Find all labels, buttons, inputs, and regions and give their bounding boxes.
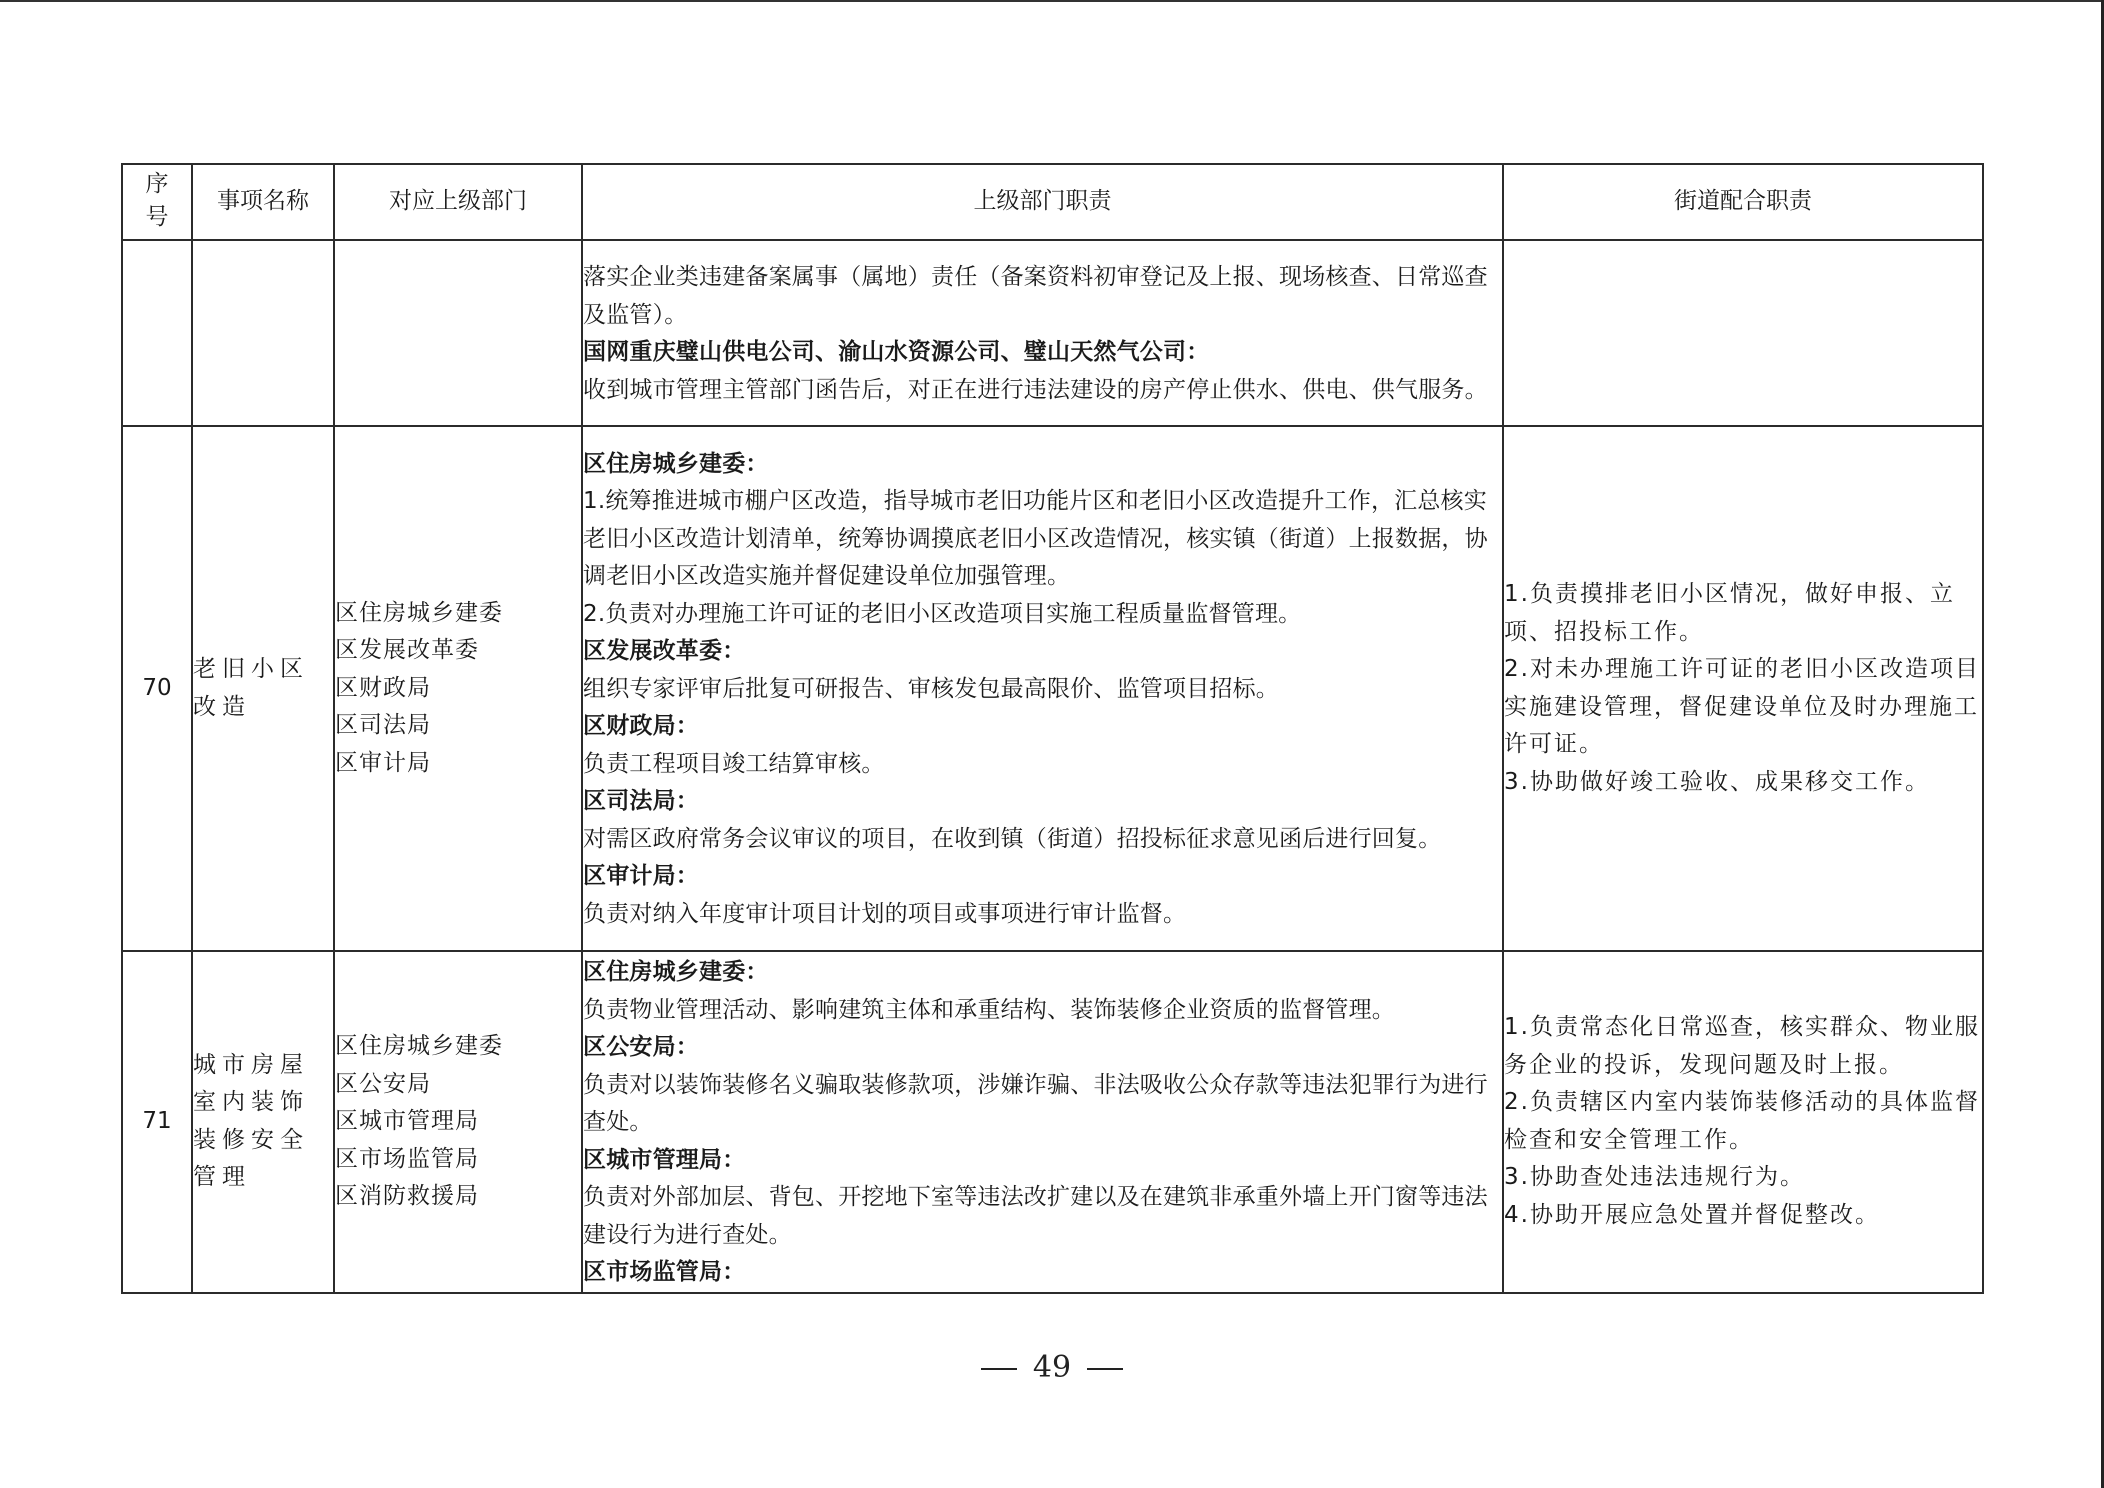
- dept-item: 区司法局: [335, 707, 581, 745]
- item-name-line: 城市房屋: [193, 1047, 333, 1085]
- item-name-line: 老旧小区: [193, 651, 333, 689]
- duty-text: 负责物业管理活动、影响建筑主体和承重结构、装饰装修企业资质的监督管理。: [583, 992, 1502, 1030]
- duty-text: 组织专家评审后批复可研报告、审核发包最高限价、监管项目招标。: [583, 671, 1502, 709]
- dept-item: 区市场监管局: [335, 1141, 581, 1179]
- duty-heading: 区公安局：: [583, 1029, 1502, 1067]
- row-duty-cell: 区住房城乡建委： 1.统筹推进城市棚户区改造，指导城市老旧功能片区和老旧小区改造…: [582, 426, 1503, 951]
- duty-text: 负责对外部加层、背包、开挖地下室等违法改扩建以及在建筑非承重外墙上开门窗等违法建…: [583, 1179, 1502, 1254]
- item-name-line: 装修安全: [193, 1122, 333, 1160]
- row-no: 70: [122, 426, 192, 951]
- row-duty-cell: 区住房城乡建委： 负责物业管理活动、影响建筑主体和承重结构、装饰装修企业资质的监…: [582, 951, 1503, 1293]
- duty-text: 落实企业类违建备案属事（属地）责任（备案资料初审登记及上报、现场核查、日常巡查及…: [583, 259, 1502, 334]
- duty-text: 1.统筹推进城市棚户区改造，指导城市老旧功能片区和老旧小区改造提升工作，汇总核实…: [583, 483, 1502, 596]
- table-row: 70 老旧小区 改造 区住房城乡建委 区发展改革委 区财政局 区司法局 区审计局…: [122, 426, 1983, 951]
- dept-item: 区发展改革委: [335, 632, 581, 670]
- duty-heading: 区发展改革委：: [583, 633, 1502, 671]
- street-duty-item: 2.对未办理施工许可证的老旧小区改造项目实施建设管理，督促建设单位及时办理施工许…: [1504, 651, 1982, 764]
- duty-heading: 区城市管理局：: [583, 1142, 1502, 1180]
- duty-heading: 区市场监管局：: [583, 1254, 1502, 1292]
- row-no: [122, 240, 192, 426]
- page-number-value: 49: [1033, 1350, 1071, 1385]
- row-no: 71: [122, 951, 192, 1293]
- table-row: 落实企业类违建备案属事（属地）责任（备案资料初审登记及上报、现场核查、日常巡查及…: [122, 240, 1983, 426]
- duty-text: 收到城市管理主管部门函告后，对正在进行违法建设的房产停止供水、供电、供气服务。: [583, 372, 1502, 410]
- street-duty-item: 4.协助开展应急处置并督促整改。: [1504, 1197, 1982, 1235]
- duty-heading: 区审计局：: [583, 858, 1502, 896]
- street-duty-item: 3.协助查处违法违规行为。: [1504, 1159, 1982, 1197]
- duty-text: 负责对纳入年度审计项目计划的项目或事项进行审计监督。: [583, 896, 1502, 934]
- dept-item: 区审计局: [335, 745, 581, 783]
- row-dept-list: [334, 240, 582, 426]
- header-no-line2: 号: [146, 201, 169, 234]
- item-name-line: 改造: [193, 689, 333, 727]
- dept-item: 区住房城乡建委: [335, 1028, 581, 1066]
- row-street-cell: 1.负责常态化日常巡查，核实群众、物业服务企业的投诉，发现问题及时上报。 2.负…: [1503, 951, 1983, 1293]
- document-page: 序 号 事项名称 对应上级部门 上级部门职责 街道配合职责 落实企业类违建备案属…: [121, 163, 1984, 1294]
- duty-text: 负责对以装饰装修名义骗取装修款项，涉嫌诈骗、非法吸收公众存款等违法犯罪行为进行查…: [583, 1067, 1502, 1142]
- row-street-cell: 1.负责摸排老旧小区情况，做好申报、立项、招投标工作。 2.对未办理施工许可证的…: [1503, 426, 1983, 951]
- duty-text: 负责工程项目竣工结算审核。: [583, 746, 1502, 784]
- header-street-duty: 街道配合职责: [1503, 164, 1983, 240]
- dept-item: 区消防救援局: [335, 1178, 581, 1216]
- street-duty-item: 1.负责摸排老旧小区情况，做好申报、立项、招投标工作。: [1504, 576, 1982, 651]
- duty-heading: 区财政局：: [583, 708, 1502, 746]
- header-no-line1: 序: [146, 168, 169, 201]
- row-item-name: 城市房屋 室内装饰 装修安全 管理: [192, 951, 334, 1293]
- item-name-line: 室内装饰: [193, 1084, 333, 1122]
- street-duty-item: 3.协助做好竣工验收、成果移交工作。: [1504, 764, 1982, 802]
- duty-heading: 国网重庆璧山供电公司、渝山水资源公司、璧山天然气公司：: [583, 334, 1502, 372]
- table-row: 71 城市房屋 室内装饰 装修安全 管理 区住房城乡建委 区公安局 区城市管理局…: [122, 951, 1983, 1293]
- item-name-line: 管理: [193, 1159, 333, 1197]
- row-item-name: [192, 240, 334, 426]
- header-upper-duty: 上级部门职责: [582, 164, 1503, 240]
- dept-item: 区公安局: [335, 1066, 581, 1104]
- row-dept-list: 区住房城乡建委 区公安局 区城市管理局 区市场监管局 区消防救援局: [334, 951, 582, 1293]
- duty-heading: 区住房城乡建委：: [583, 446, 1502, 484]
- row-street-cell: [1503, 240, 1983, 426]
- street-duty-item: 2.负责辖区内室内装饰装修活动的具体监督检查和安全管理工作。: [1504, 1084, 1982, 1159]
- dept-item: 区城市管理局: [335, 1103, 581, 1141]
- dept-item: 区住房城乡建委: [335, 595, 581, 633]
- row-duty-cell: 落实企业类违建备案属事（属地）责任（备案资料初审登记及上报、现场核查、日常巡查及…: [582, 240, 1503, 426]
- header-upper-dept: 对应上级部门: [334, 164, 582, 240]
- duty-heading: 区住房城乡建委：: [583, 954, 1502, 992]
- street-duty-item: 1.负责常态化日常巡查，核实群众、物业服务企业的投诉，发现问题及时上报。: [1504, 1009, 1982, 1084]
- row-item-name: 老旧小区 改造: [192, 426, 334, 951]
- row-dept-list: 区住房城乡建委 区发展改革委 区财政局 区司法局 区审计局: [334, 426, 582, 951]
- duty-heading: 区司法局：: [583, 783, 1502, 821]
- responsibility-table: 序 号 事项名称 对应上级部门 上级部门职责 街道配合职责 落实企业类违建备案属…: [121, 163, 1984, 1294]
- header-item-name: 事项名称: [192, 164, 334, 240]
- header-no: 序 号: [122, 164, 192, 240]
- page-number: 49: [0, 1350, 2104, 1385]
- duty-text: 2.负责对办理施工许可证的老旧小区改造项目实施工程质量监督管理。: [583, 596, 1502, 634]
- page-number-dash-left: [981, 1368, 1017, 1370]
- page-top-edge: [0, 0, 2104, 2]
- page-number-dash-right: [1087, 1368, 1123, 1370]
- duty-text: 对需区政府常务会议审议的项目，在收到镇（街道）招投标征求意见函后进行回复。: [583, 821, 1502, 859]
- dept-item: 区财政局: [335, 670, 581, 708]
- table-header-row: 序 号 事项名称 对应上级部门 上级部门职责 街道配合职责: [122, 164, 1983, 240]
